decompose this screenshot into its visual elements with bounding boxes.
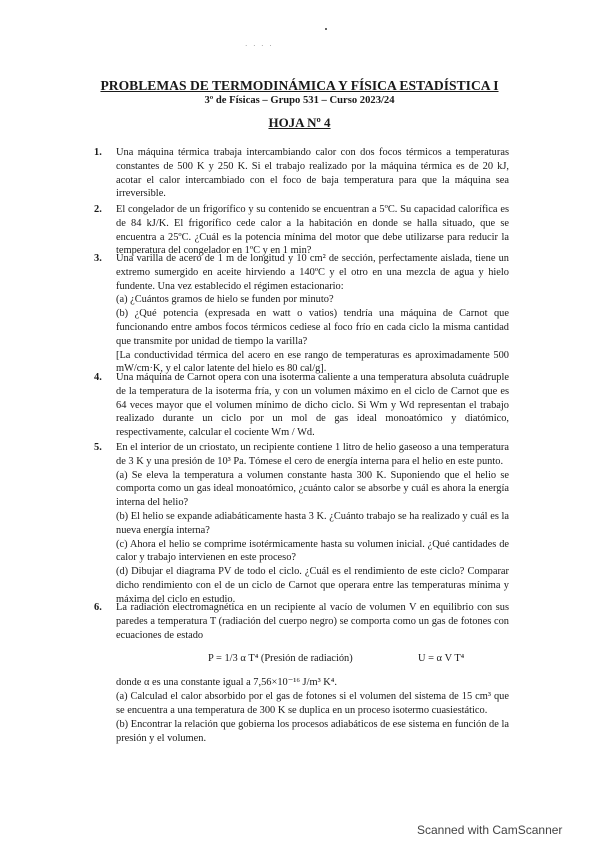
problem-text: El congelador de un frigorífico y su con… <box>116 203 509 258</box>
problem-part-b: (b) Encontrar la relación que gobierna l… <box>116 718 509 746</box>
problem-text: La radiación electromagnética en un reci… <box>116 601 509 642</box>
problem-3: 3. Una varilla de acero de 1 m de longit… <box>94 252 509 376</box>
problem-1: 1. Una máquina térmica trabaja intercamb… <box>94 146 509 201</box>
problem-number: 5. <box>94 441 102 455</box>
document-subtitle: 3º de Físicas – Grupo 531 – Curso 2023/2… <box>0 95 599 106</box>
equations-of-state: P = 1/3 α T⁴ (Presión de radiación) U = … <box>116 652 509 666</box>
problem-part-a: (a) Calculad el calor absorbido por el g… <box>116 690 509 718</box>
camscanner-watermark: Scanned with CamScanner <box>417 823 562 837</box>
problem-number: 4. <box>94 371 102 385</box>
problem-part-b: (b) El helio se expande adiabáticamente … <box>116 510 509 538</box>
problem-part-a: (a) ¿Cuántos gramos de hielo se funden p… <box>116 293 509 307</box>
energy-equation: U = α V T⁴ <box>418 652 464 666</box>
problem-part-c: (c) Ahora el helio se comprime isotérmic… <box>116 538 509 566</box>
problem-2: 2. El congelador de un frigorífico y su … <box>94 203 509 258</box>
problem-number: 2. <box>94 203 102 217</box>
problem-part-b: (b) ¿Qué potencia (expresada en watt o v… <box>116 307 509 348</box>
problem-5: 5. En el interior de un criostato, un re… <box>94 441 509 607</box>
scan-speck <box>325 28 327 30</box>
problem-text: Una máquina de Carnot opera con una isot… <box>116 371 509 440</box>
document-title: PROBLEMAS DE TERMODINÁMICA Y FÍSICA ESTA… <box>0 78 599 94</box>
problem-4: 4. Una máquina de Carnot opera con una i… <box>94 371 509 440</box>
problem-number: 6. <box>94 601 102 615</box>
problem-text: Una varilla de acero de 1 m de longitud … <box>116 252 509 293</box>
pressure-equation: P = 1/3 α T⁴ (Presión de radiación) <box>208 652 353 666</box>
scan-specks: · · · · <box>245 42 274 50</box>
problem-text: Una máquina térmica trabaja intercambian… <box>116 146 509 201</box>
constant-definition: donde α es una constante igual a 7,56×10… <box>116 676 509 690</box>
problem-number: 3. <box>94 252 102 266</box>
problem-text: En el interior de un criostato, un recip… <box>116 441 509 469</box>
problem-6: 6. La radiación electromagnética en un r… <box>94 601 509 745</box>
problem-part-a: (a) Se eleva la temperatura a volumen co… <box>116 469 509 510</box>
problem-number: 1. <box>94 146 102 160</box>
sheet-number: HOJA Nº 4 <box>0 115 599 131</box>
